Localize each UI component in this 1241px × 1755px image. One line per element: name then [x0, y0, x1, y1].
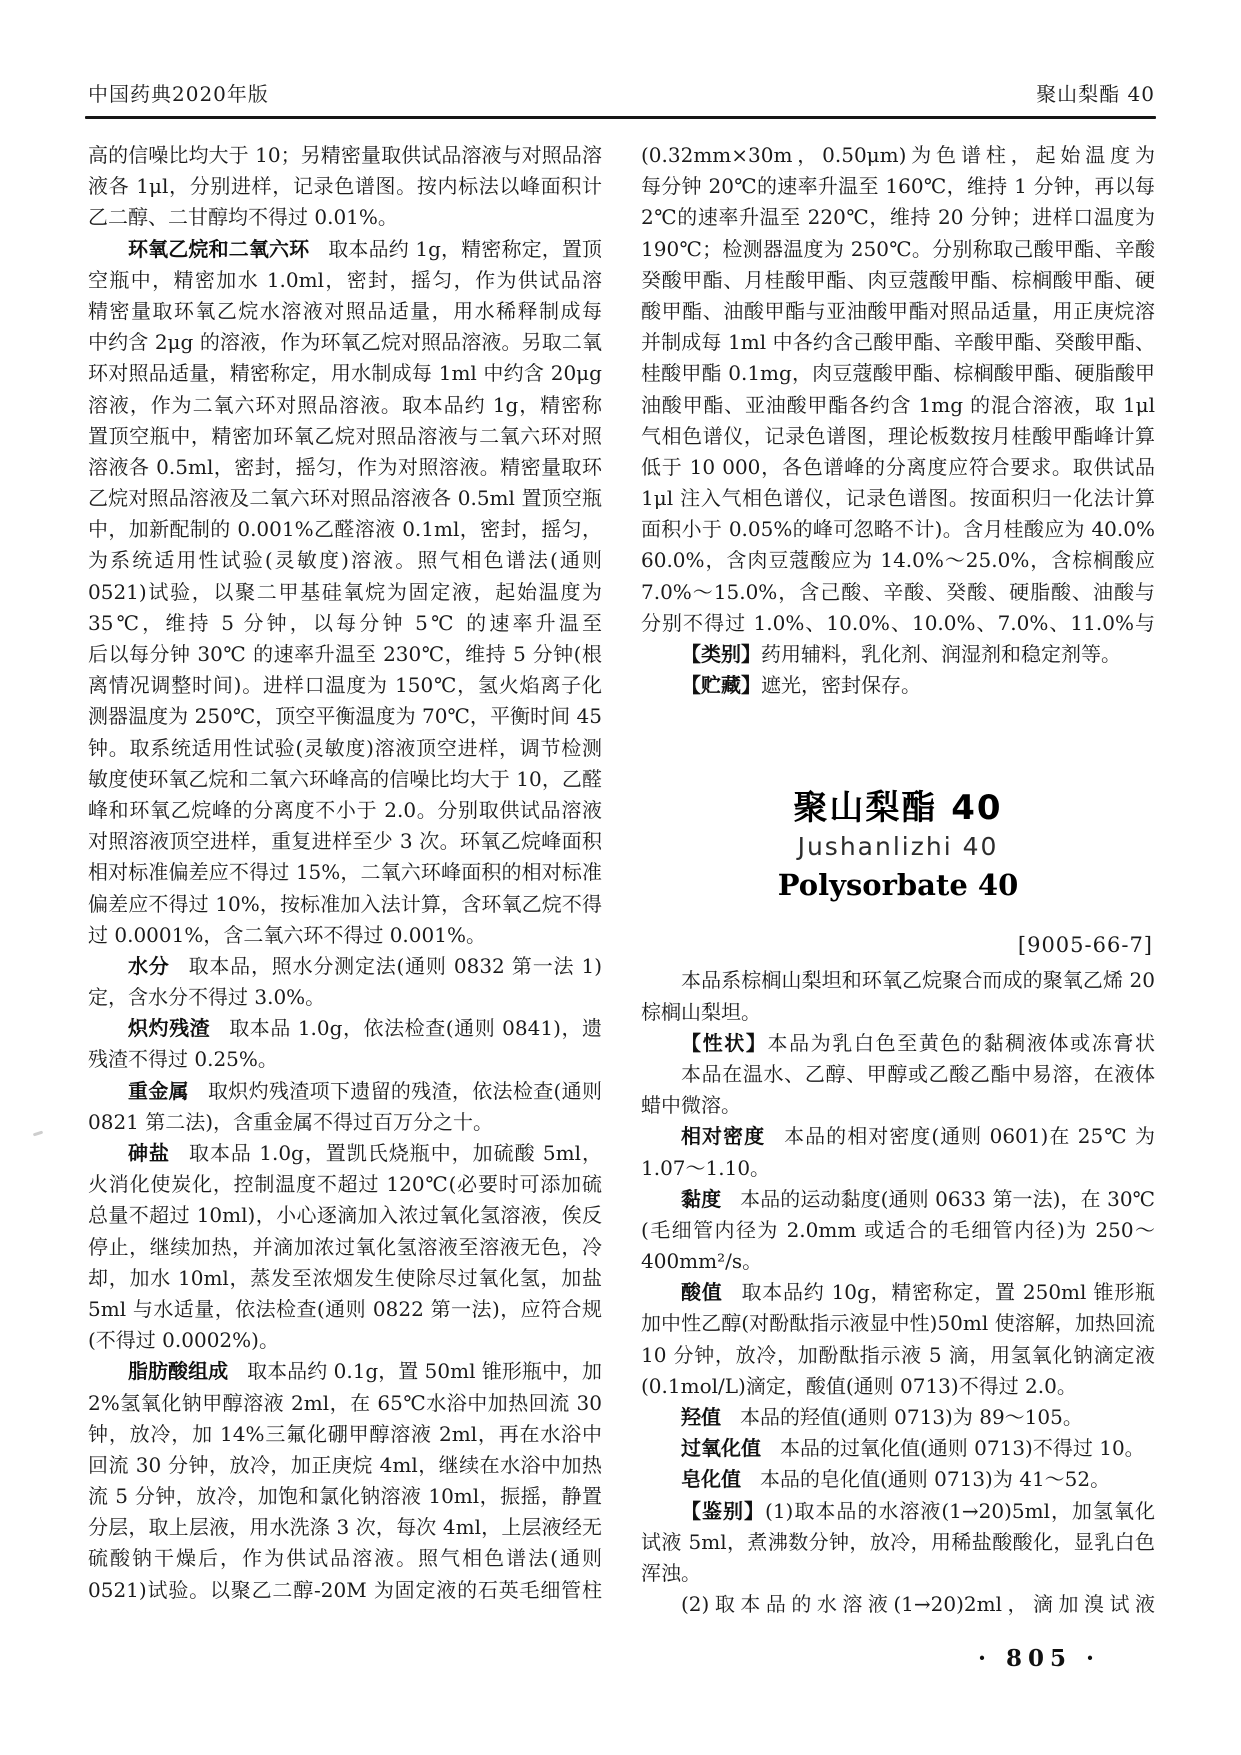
- text-line: 火消化使炭化，控制温度不超过 120℃(必要时可添加硫酸，: [88, 1168, 602, 1199]
- scan-artifact-speck: [33, 1131, 43, 1137]
- text-line: 【类别】药用辅料，乳化剂、润湿剂和稳定剂等。: [641, 638, 1155, 669]
- text-line: 浑浊。: [641, 1557, 1155, 1588]
- section-term: 【类别】: [681, 642, 761, 666]
- section-term: 水分: [128, 954, 170, 978]
- text-line: 气相色谱仪，记录色谱图，理论板数按月桂酸甲酯峰计算不: [641, 420, 1155, 451]
- text-line: 水分取本品，照水分测定法(通则 0832 第一法 1)测: [88, 950, 602, 981]
- text-line: 本品系棕榈山梨坦和环氧乙烷聚合而成的聚氧乙烯 20: [641, 964, 1155, 995]
- text-line: 回流 30 分钟，放冷，加正庚烷 4ml，继续在水浴中加热回: [88, 1449, 602, 1480]
- text-line: 敏度使环氧乙烷和二氧六环峰高的信噪比均大于 10，乙醛: [88, 763, 602, 794]
- text-line: 砷盐取本品 1.0g，置凯氏烧瓶中，加硫酸 5ml，用小: [88, 1137, 602, 1168]
- section-term: 【性状】: [681, 1031, 767, 1055]
- text-line: 钟，放冷，加 14%三氟化硼甲醇溶液 2ml，再在水浴中加热: [88, 1418, 602, 1449]
- text-line: 定，含水分不得过 3.0%。: [88, 981, 602, 1012]
- text-line: 炽灼残渣取本品 1.0g，依法检查(通则 0841)，遗留: [88, 1012, 602, 1043]
- text-line: (2)取本品的水溶液(1→20)2ml，滴加溴试液 0.5ml，: [641, 1588, 1155, 1619]
- text-line: 0821 第二法)，含重金属不得过百万分之十。: [88, 1106, 602, 1137]
- cas-number: [9005-66-7]: [641, 930, 1155, 960]
- text-line: 5ml 与水适量，依法检查(通则 0822 第一法)，应符合规定: [88, 1293, 602, 1324]
- text-line: 0521)试验，以聚二甲基硅氧烷为固定液，起始温度为: [88, 576, 602, 607]
- text-line: 相对标准偏差应不得过 15%，二氧六环峰面积的相对标准: [88, 856, 602, 887]
- monograph-title-zh: 聚山梨酯 40: [641, 788, 1155, 828]
- text-line: (0.32mm×30m，0.50μm)为色谱柱，起始温度为 90℃，以: [641, 139, 1155, 170]
- text-line: 空瓶中，精密加水 1.0ml，密封，摇匀，作为供试品溶液。: [88, 264, 602, 295]
- running-head-section: 聚山梨酯 40: [1036, 82, 1155, 106]
- text-line: 7.0%～15.0%，含己酸、辛酸、癸酸、硬脂酸、油酸与亚油酸: [641, 576, 1155, 607]
- text-line: 癸酸甲酯、月桂酸甲酯、肉豆蔻酸甲酯、棕榈酸甲酯、硬脂: [641, 264, 1155, 295]
- text-line: 羟值本品的羟值(通则 0713)为 89～105。: [641, 1401, 1155, 1432]
- text-line: 10 分钟，放冷，加酚酞指示液 5 滴，用氢氧化钠滴定液: [641, 1339, 1155, 1370]
- section-term: 炽灼残渣: [128, 1016, 210, 1040]
- section-term: 黏度: [681, 1187, 721, 1211]
- text-line: 油酸甲酯、亚油酸甲酯各约含 1mg 的混合溶液，取 1μl 注入: [641, 389, 1155, 420]
- right-column-top-text: (0.32mm×30m，0.50μm)为色谱柱，起始温度为 90℃，以每分钟 2…: [641, 139, 1155, 700]
- text-line: 却，加水 10ml，蒸发至浓烟发生使除尽过氧化氢，加盐酸: [88, 1262, 602, 1293]
- section-term: 羟值: [681, 1405, 721, 1429]
- text-line: 硫酸钠干燥后，作为供试品溶液。照气相色谱法(通则: [88, 1542, 602, 1573]
- text-line: 高的信噪比均大于 10；另精密量取供试品溶液与对照品溶: [88, 139, 602, 170]
- text-line: 峰和环氧乙烷峰的分离度不小于 2.0。分别取供试品溶液及: [88, 794, 602, 825]
- text-line: 环对照品适量，精密称定，用水制成每 1ml 中约含 20μg 的: [88, 357, 602, 388]
- text-line: 2%氢氧化钠甲醇溶液 2ml，在 65℃水浴中加热回流 30 分: [88, 1387, 602, 1418]
- text-line: 后以每分钟 30℃ 的速率升温至 230℃，维持 5 分钟(根据分: [88, 638, 602, 669]
- text-line: 分别不得过 1.0%、10.0%、10.0%、7.0%、11.0%与 3.0%。: [641, 607, 1155, 638]
- text-line: 【贮藏】遮光，密封保存。: [641, 669, 1155, 700]
- text-line: 400mm²/s。: [641, 1245, 1155, 1276]
- section-term: 酸值: [681, 1280, 723, 1304]
- monograph-heading: 聚山梨酯 40 Jushanlizhi 40 Polysorbate 40: [641, 788, 1155, 904]
- text-line: 试液 5ml，煮沸数分钟，放冷，用稀盐酸酸化，显乳白色: [641, 1526, 1155, 1557]
- text-line: 中约含 2μg 的溶液，作为环氧乙烷对照品溶液。另取二氧六: [88, 326, 602, 357]
- text-line: 溶液，作为二氧六环对照品溶液。取本品约 1g，精密称定，: [88, 389, 602, 420]
- text-line: 残渣不得过 0.25%。: [88, 1043, 602, 1074]
- text-line: 棕榈山梨坦。: [641, 996, 1155, 1027]
- text-line: 【鉴别】(1)取本品的水溶液(1→20)5ml，加氢氧化钠: [641, 1495, 1155, 1526]
- text-line: 35℃，维持 5 分钟，以每分钟 5℃ 的速率升温至 180℃，然: [88, 607, 602, 638]
- text-line: 对照溶液顶空进样，重复进样至少 3 次。环氧乙烷峰面积的: [88, 825, 602, 856]
- text-line: (0.1mol/L)滴定，酸值(通则 0713)不得过 2.0。: [641, 1370, 1155, 1401]
- section-term: 过氧化值: [681, 1436, 761, 1460]
- text-line: 中，加新配制的 0.001%乙醛溶液 0.1ml，密封，摇匀，作: [88, 513, 602, 544]
- text-line: 离情况调整时间)。进样口温度为 150℃，氢火焰离子化检: [88, 669, 602, 700]
- section-term: 皂化值: [681, 1467, 741, 1491]
- section-term: 砷盐: [128, 1141, 170, 1165]
- text-line: 蜡中微溶。: [641, 1089, 1155, 1120]
- text-line: 流 5 分钟，放冷，加饱和氯化钠溶液 10ml，振摇，静置使: [88, 1480, 602, 1511]
- right-column-bottom-text: 本品系棕榈山梨坦和环氧乙烷聚合而成的聚氧乙烯 20棕榈山梨坦。【性状】本品为乳白…: [641, 964, 1155, 1619]
- text-line: 为系统适用性试验(灵敏度)溶液。照气相色谱法(通则: [88, 544, 602, 575]
- running-head: 中国药典2020年版 聚山梨酯 40: [88, 82, 1155, 106]
- text-line: 重金属取炽灼残渣项下遗留的残渣，依法检查(通则: [88, 1075, 602, 1106]
- text-line: 【性状】本品为乳白色至黄色的黏稠液体或冻膏状物。: [641, 1027, 1155, 1058]
- text-line: 黏度本品的运动黏度(通则 0633 第一法)，在 30℃时: [641, 1183, 1155, 1214]
- text-line: 1μl 注入气相色谱仪，记录色谱图。按面积归一化法计算(峰: [641, 482, 1155, 513]
- text-line: 加中性乙醇(对酚酞指示液显中性)50ml 使溶解，加热回流: [641, 1307, 1155, 1338]
- pharmacopoeia-page: 中国药典2020年版 聚山梨酯 40 高的信噪比均大于 10；另精密量取供试品溶…: [0, 0, 1241, 1755]
- text-line: 190℃；检测器温度为 250℃。分别称取己酸甲酯、辛酸甲酯、: [641, 233, 1155, 264]
- text-line: 皂化值本品的皂化值(通则 0713)为 41～52。: [641, 1463, 1155, 1494]
- section-term: 脂肪酸组成: [128, 1359, 228, 1383]
- section-term: 环氧乙烷和二氧六环: [128, 237, 309, 261]
- text-line: 停止，继续加热，并滴加浓过氧化氢溶液至溶液无色，冷: [88, 1231, 602, 1262]
- text-line: 测器温度为 250℃，顶空平衡温度为 70℃，平衡时间 45 分: [88, 700, 602, 731]
- text-line: 桂酸甲酯 0.1mg，肉豆蔻酸甲酯、棕榈酸甲酯、硬脂酸甲酯、: [641, 357, 1155, 388]
- text-line: 过 0.0001%，含二氧六环不得过 0.001%。: [88, 919, 602, 950]
- text-line: 置顶空瓶中，精密加环氧乙烷对照品溶液与二氧六环对照品: [88, 420, 602, 451]
- text-line: 精密量取环氧乙烷水溶液对照品适量，用水稀释制成每 1ml: [88, 295, 602, 326]
- text-line: 钟。取系统适用性试验(灵敏度)溶液顶空进样，调节检测灵: [88, 732, 602, 763]
- text-line: 总量不超过 10ml)，小心逐滴加入浓过氧化氢溶液，俟反应: [88, 1199, 602, 1230]
- text-line: 0521)试验。以聚乙二醇-20M 为固定液的石英毛细管柱: [88, 1574, 602, 1605]
- text-line: (毛细管内径为 2.0mm 或适合的毛细管内径)为 250～: [641, 1214, 1155, 1245]
- right-column: (0.32mm×30m，0.50μm)为色谱柱，起始温度为 90℃，以每分钟 2…: [641, 139, 1155, 1619]
- header-rule: [85, 116, 1156, 119]
- text-line: 每分钟 20℃的速率升温至 160℃，维持 1 分钟，再以每分钟: [641, 170, 1155, 201]
- text-line: 脂肪酸组成取本品约 0.1g，置 50ml 锥形瓶中，加: [88, 1355, 602, 1386]
- page-number: · 805 ·: [978, 1645, 1100, 1672]
- text-line: 分层，取上层液，用水洗涤 3 次，每次 4ml，上层液经无水: [88, 1511, 602, 1542]
- text-line: 酸值取本品约 10g，精密称定，置 250ml 锥形瓶中，: [641, 1276, 1155, 1307]
- monograph-title-pinyin: Jushanlizhi 40: [641, 828, 1155, 866]
- text-line: 低于 10 000，各色谱峰的分离度应符合要求。取供试品溶液: [641, 451, 1155, 482]
- section-term: 相对密度: [681, 1124, 765, 1148]
- text-line: (不得过 0.0002%)。: [88, 1324, 602, 1355]
- text-line: 溶液各 0.5ml，密封，摇匀，作为对照溶液。精密量取环氧: [88, 451, 602, 482]
- text-line: 液各 1μl，分别进样，记录色谱图。按内标法以峰面积计算，: [88, 170, 602, 201]
- running-head-journal: 中国药典2020年版: [88, 82, 269, 106]
- text-line: 2℃的速率升温至 220℃，维持 20 分钟；进样口温度为: [641, 201, 1155, 232]
- text-line: 环氧乙烷和二氧六环取本品约 1g，精密称定，置顶: [88, 233, 602, 264]
- text-line: 乙二醇、二甘醇均不得过 0.01%。: [88, 201, 602, 232]
- text-line: 乙烷对照品溶液及二氧六环对照品溶液各 0.5ml 置顶空瓶: [88, 482, 602, 513]
- section-term: 重金属: [128, 1079, 189, 1103]
- text-line: 本品在温水、乙醇、甲醇或乙酸乙酯中易溶，在液体石: [641, 1058, 1155, 1089]
- text-line: 面积小于 0.05%的峰可忽略不计)。含月桂酸应为 40.0%～: [641, 513, 1155, 544]
- section-term: 【贮藏】: [681, 673, 761, 697]
- section-term: 【鉴别】: [681, 1499, 765, 1523]
- text-line: 过氧化值本品的过氧化值(通则 0713)不得过 10。: [641, 1432, 1155, 1463]
- left-column: 高的信噪比均大于 10；另精密量取供试品溶液与对照品溶液各 1μl，分别进样，记…: [88, 139, 602, 1605]
- text-line: 偏差应不得过 10%，按标准加入法计算，含环氧乙烷不得: [88, 888, 602, 919]
- text-line: 1.07～1.10。: [641, 1152, 1155, 1183]
- text-line: 并制成每 1ml 中各约含己酸甲酯、辛酸甲酯、癸酸甲酯、月: [641, 326, 1155, 357]
- text-line: 相对密度本品的相对密度(通则 0601)在 25℃ 为: [641, 1120, 1155, 1151]
- text-line: 60.0%，含肉豆蔻酸应为 14.0%～25.0%，含棕榈酸应为: [641, 544, 1155, 575]
- text-line: 酸甲酯、油酸甲酯与亚油酸甲酯对照品适量，用正庚烷溶解: [641, 295, 1155, 326]
- monograph-title-en: Polysorbate 40: [641, 866, 1155, 904]
